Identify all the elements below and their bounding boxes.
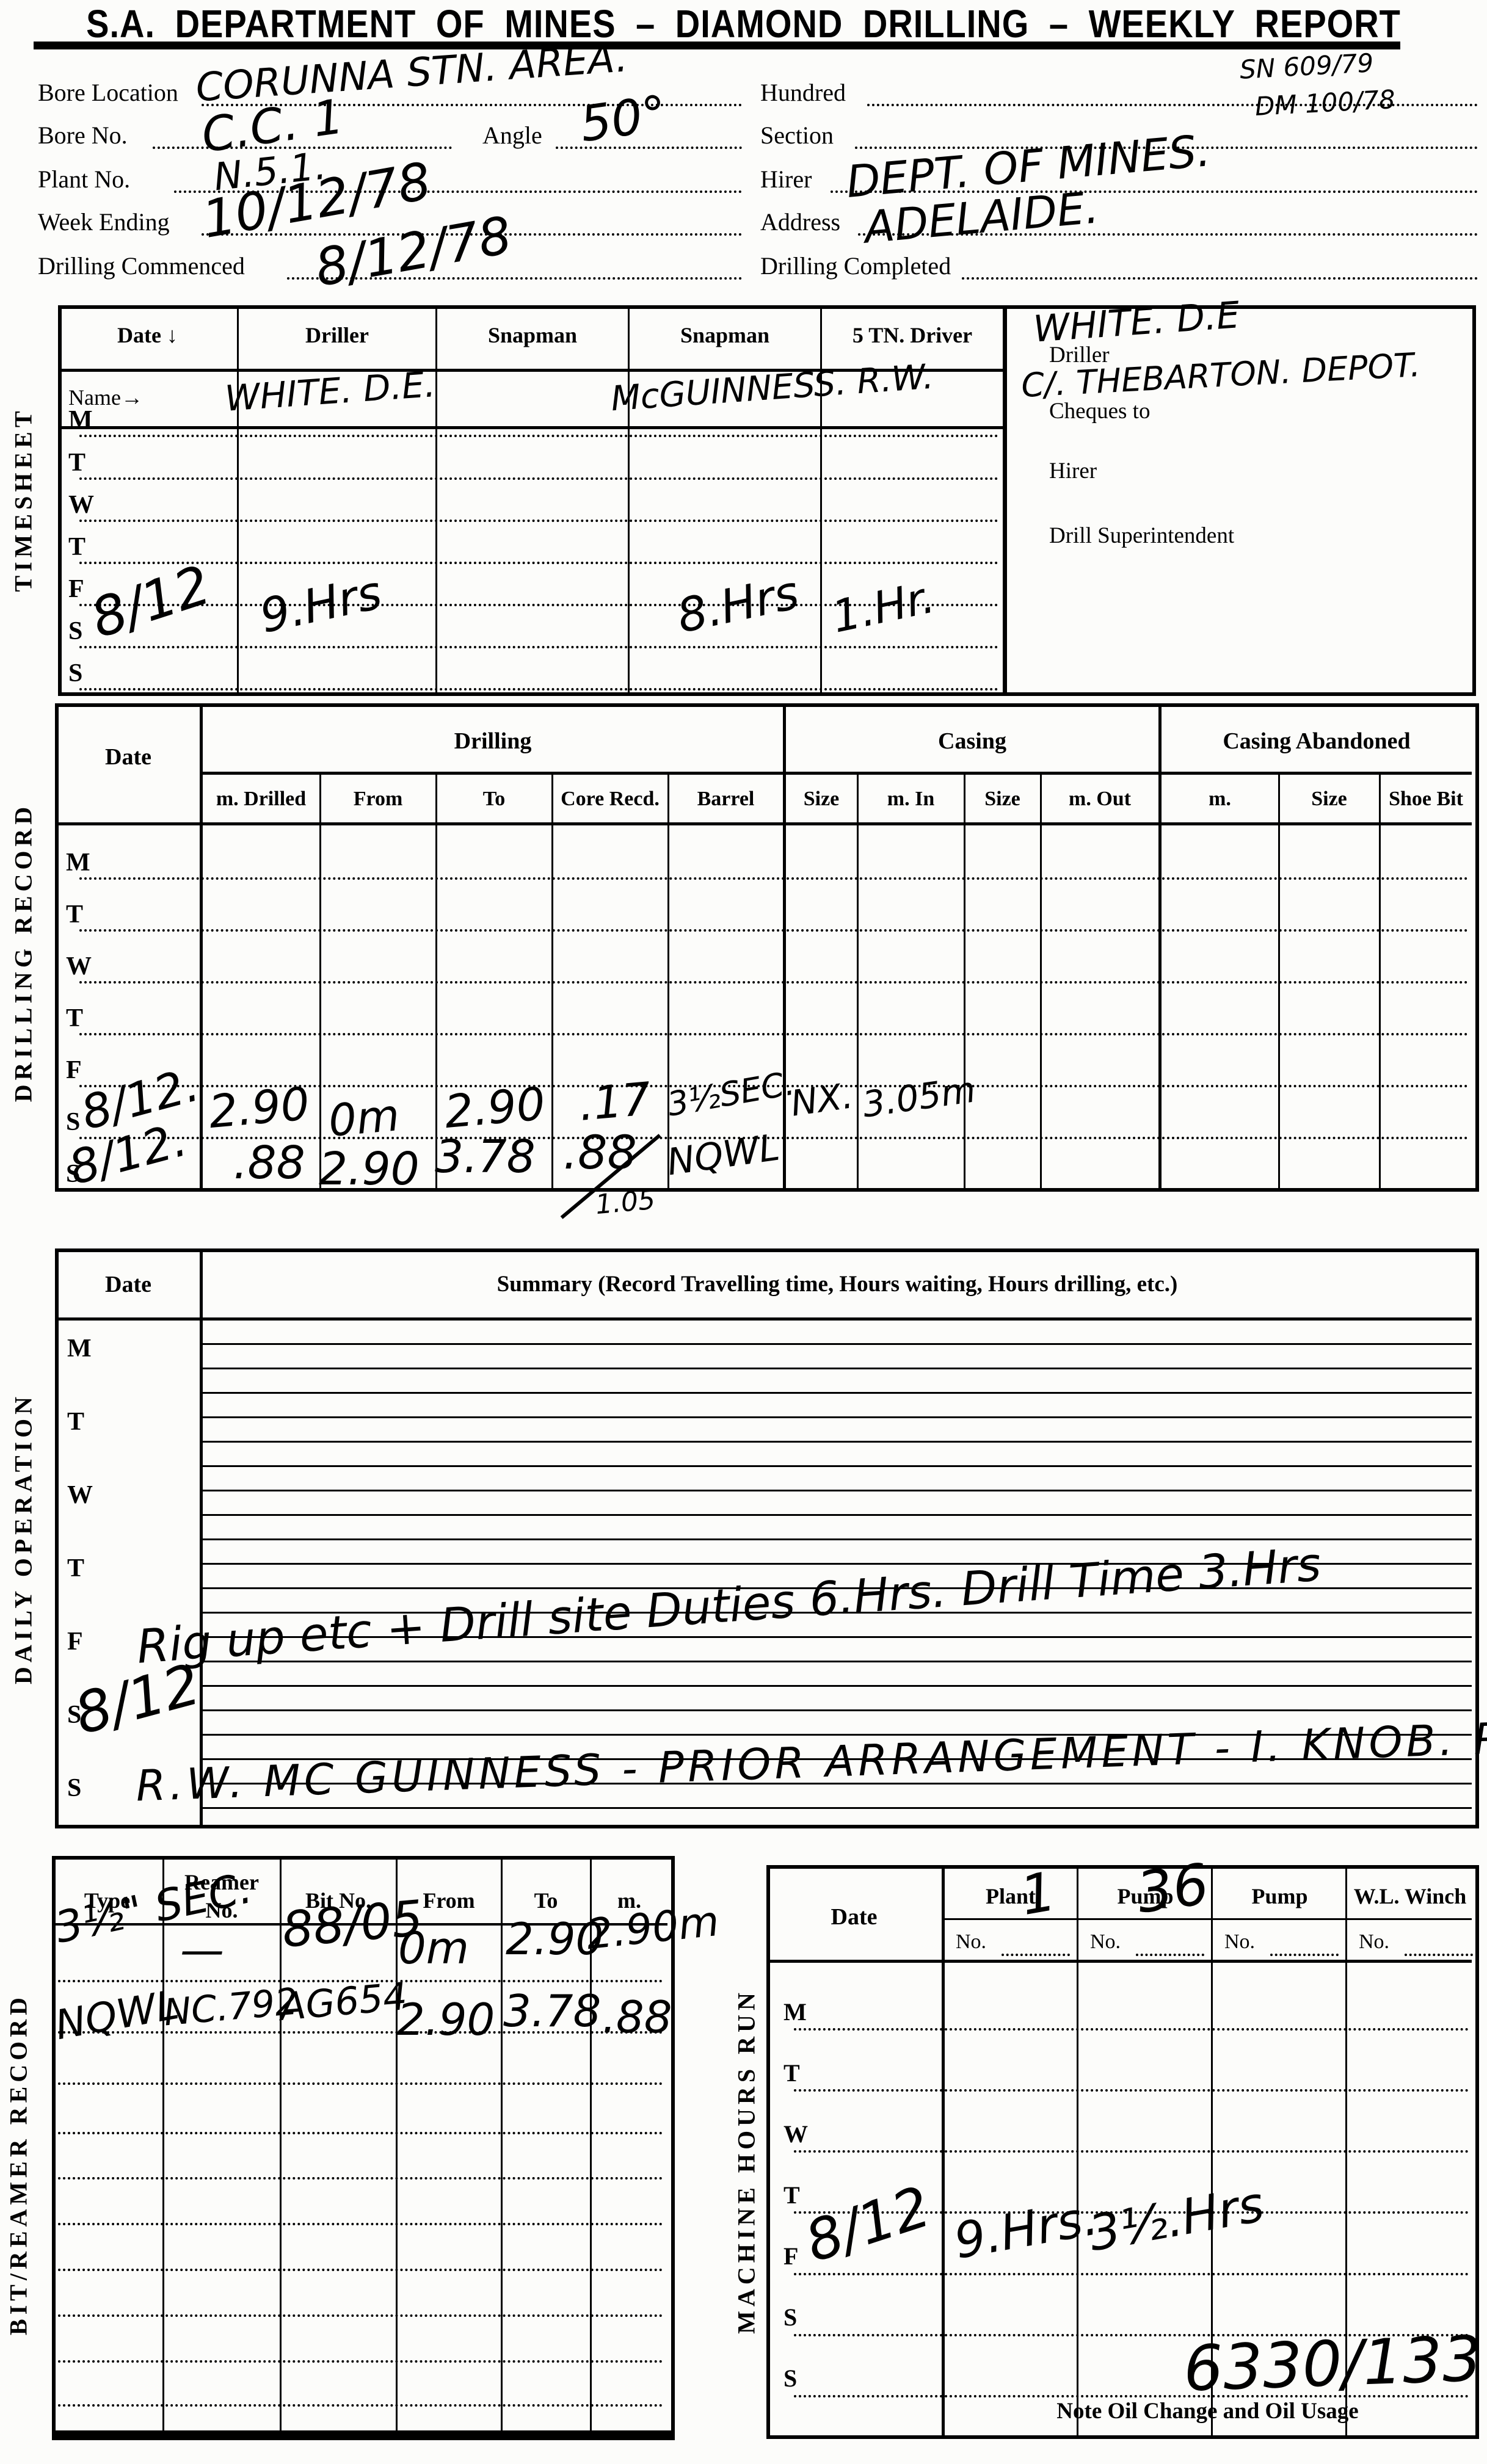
dr-row2-m-drilled: .88 [233,1140,305,1186]
daily-operation-section-label: DAILY OPERATION [9,1393,38,1684]
dr-day-t2: T [66,1004,83,1033]
dr-sub-from: From [321,788,435,811]
br-col-line-4 [501,1856,503,2439]
mh-plant-no-line [1002,1954,1070,1956]
do-day-w: W [67,1480,93,1510]
br-row-line-6 [58,2223,663,2225]
do-col-summary: Summary (Record Travelling time, Hours w… [203,1271,1472,1297]
dr-date-col-line [200,703,203,1192]
dr-sub-m: m. [1162,788,1278,811]
mh-row-line-5 [794,2273,1469,2275]
mh-day-w: W [783,2120,808,2148]
mh-winch-no-line [1405,1954,1473,1956]
dr-sub-m-out: m. Out [1041,788,1158,811]
timesheet-section-label: TIMESHEET [9,407,38,592]
dr-row1-m-drilled: 2.90 [207,1081,311,1135]
drilling-completed-label: Drilling Completed [760,252,951,280]
mh-row-line-2 [794,2089,1469,2092]
timesheet-col-line-1 [237,305,239,696]
dr-core-correction: 1.05 [594,1187,656,1219]
timesheet-day-f: F [68,574,84,604]
dr-group-underline [202,772,1472,775]
br-row2-from: 2.90 [397,1998,495,2042]
timesheet-col-date: Date ↓ [58,322,237,348]
dr-row2-to: 3.78 [435,1134,536,1179]
br-row-line-7 [58,2269,663,2271]
br-row-line-10 [58,2404,663,2407]
dr-subhead-underline [55,822,1472,825]
address-label: Address [760,208,840,236]
timesheet-name-row-bottom [58,426,1003,429]
timesheet-col-line-2 [435,305,437,696]
dr-sub-size3: Size [1279,788,1379,811]
do-day-t1: T [67,1407,84,1437]
mh-row-line-3 [794,2150,1469,2153]
br-row1-m: 2.90m [584,1901,721,1956]
br-row2-to: 3.78 [503,1989,601,2033]
dr-sub-size1: Size [786,788,857,811]
mh-header-underline [766,1960,1472,1963]
dr-day-t1: T [66,900,83,929]
bore-location-label: Bore Location [38,78,178,107]
dr-sub-to: To [437,788,551,811]
do-day-t2: T [67,1554,84,1583]
br-row2-m: .88 [602,1995,672,2039]
dr-row-line-2 [79,929,1469,932]
br-col-to: To [502,1888,590,1913]
mh-day-s1: S [783,2303,797,2332]
mh-pump1-no-line [1136,1954,1204,1956]
machine-hours-section-label: MACHINE HOURS RUN [732,1988,761,2334]
dr-group-abandoned: Casing Abandoned [1162,728,1472,755]
dr-col-date: Date [55,744,202,770]
mh-pump2-no-label: No. [1224,1930,1255,1954]
dr-row-line-1 [79,877,1469,880]
dr-row1-to: 2.90 [443,1081,547,1135]
br-row1-from: 0m [398,1926,469,1970]
br-row-line-8 [58,2314,663,2317]
drilling-completed-line [962,277,1478,280]
timesheet-day-t2: T [68,532,85,562]
drilling-record-section-label: DRILLING RECORD [9,803,38,1103]
timesheet-row-line-4 [79,562,998,564]
dr-day-s1: S [66,1107,80,1137]
timesheet-day-w: W [68,490,94,520]
plant-no-label: Plant No. [38,165,130,194]
br-row1-reamer: — [180,1928,224,1972]
mh-plant-no-label: No. [956,1930,986,1954]
dr-row2-from: 2.90 [319,1147,420,1192]
scanned-weekly-report-form: S.A. DEPARTMENT OF MINES – DIAMOND DRILL… [0,0,1487,2464]
mh-day-s2: S [783,2364,797,2393]
dr-row-line-3 [79,981,1469,984]
mh-pump1-no-value: 36 [1133,1856,1212,1921]
do-day-m: M [67,1334,92,1363]
dr-sub-barrel: Barrel [669,788,783,811]
panel-hirer-label: Hirer [1049,458,1097,484]
section-label: Section [760,121,834,150]
do-col-date: Date [55,1271,202,1298]
mh-winch-no-label: No. [1359,1930,1389,1954]
br-row-line-3 [58,2082,663,2085]
timesheet-col-snapman1: Snapman [437,322,628,348]
timesheet-day-s1: S [68,617,82,646]
form-title: S.A. DEPARTMENT OF MINES – DIAMOND DRILL… [0,1,1487,46]
timesheet-day-m: M [68,405,93,435]
dr-sub-m-drilled: m. Drilled [203,788,319,811]
mh-meter-reading: 6330/133 [1182,2328,1483,2401]
br-row-line-4 [58,2132,663,2134]
do-day-f: F [67,1627,83,1656]
mh-pump2-no-line [1270,1954,1339,1956]
dr-casing-group-line [783,703,786,1192]
mh-day-t2: T [783,2181,800,2209]
week-ending-label: Week Ending [38,208,170,236]
ref-dm-number: DM 100/78 [1254,87,1396,120]
bore-no-label: Bore No. [38,121,128,150]
panel-superintendent-label: Drill Superintendent [1049,523,1234,549]
title-underline [34,42,1400,49]
dr-sub-core: Core Recd. [553,788,667,811]
dr-row1-core: .17 [577,1076,653,1128]
dr-abandoned-group-line [1158,703,1162,1192]
mh-day-f: F [783,2242,798,2270]
dr-group-casing: Casing [786,728,1158,755]
dr-sub-size2: Size [965,788,1040,811]
timesheet-row-line-7 [79,688,998,690]
timesheet-day-t1: T [68,448,85,477]
timesheet-day-s2: S [68,659,82,688]
mh-day-t1: T [783,2059,800,2087]
mh-row-line-1 [794,2028,1469,2031]
br-row-line-5 [58,2177,663,2180]
mh-group-underline [945,1918,1472,1920]
timesheet-col-line-4 [820,305,822,696]
timesheet-panel-divider [1003,305,1007,696]
dr-group-drilling: Drilling [203,728,783,755]
hundred-label: Hundred [760,78,846,107]
br-row-line-9 [58,2360,663,2363]
mh-pump1-no-label: No. [1090,1930,1121,1954]
dr-row1-casing-size: NX. [788,1078,855,1121]
timesheet-col-snapman2: Snapman [630,322,820,348]
mh-col-winch: W.L. Winch [1348,1883,1472,1909]
br-col-line-2 [280,1856,282,2439]
mh-col-pump2: Pump [1214,1883,1345,1909]
dr-row-line-4 [79,1033,1469,1035]
br-row2-bit: AG654 [278,1977,409,2026]
timesheet-col-driver: 5 TN. Driver [822,322,1003,348]
dr-sub-shoe: Shoe Bit [1380,788,1472,811]
dr-day-w: W [66,952,92,981]
dr-row2-core: .88 [563,1129,637,1176]
do-day-s2: S [67,1774,81,1803]
drilling-commenced-label: Drilling Commenced [38,252,245,280]
dr-day-f: F [66,1056,82,1085]
timesheet-col-line-3 [628,305,630,696]
timesheet-col-driller: Driller [239,322,435,348]
angle-value: 50° [577,89,670,150]
mh-day-m: M [783,1998,807,2026]
dr-day-m: M [66,848,90,877]
angle-label: Angle [482,121,542,150]
ref-sn-number: SN 609/79 [1239,50,1374,82]
br-col-line-1 [162,1856,164,2439]
timesheet-row-line-1 [79,435,998,437]
timesheet-row-line-2 [79,477,998,480]
hirer-label: Hirer [760,165,812,194]
mh-col-date: Date [766,1904,942,1930]
dr-row1-from: 0m [327,1093,401,1143]
bit-reamer-section-label: BIT/REAMER RECORD [4,1993,33,2335]
timesheet-row-line-3 [79,520,998,522]
timesheet-row-line-6 [79,646,998,648]
dr-sub-m-in: m. In [858,788,964,811]
